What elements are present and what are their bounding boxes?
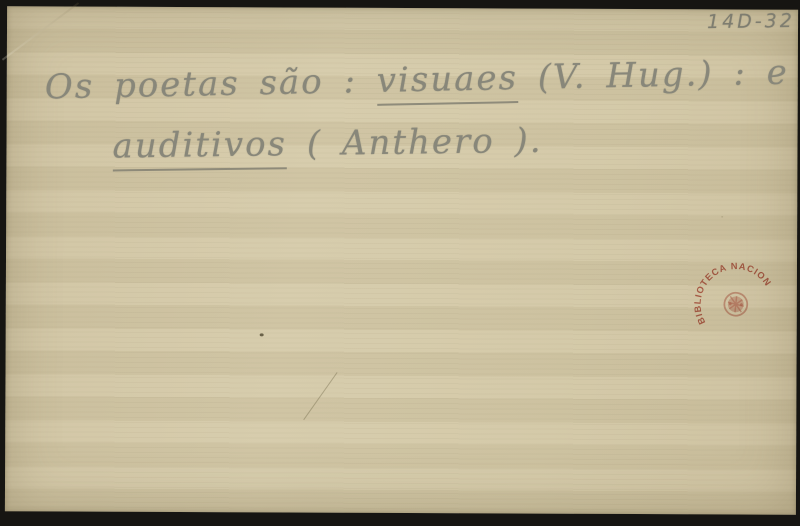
scan-background: 14D-32 Os poetas são : visuaes (V. Hug.)…	[0, 0, 800, 526]
handwritten-note: Os poetas são : visuaes (V. Hug.) : e au…	[7, 6, 798, 9]
paper-scratch	[303, 372, 337, 420]
note-line-1-segment: (V. Hug.) : e	[518, 53, 790, 98]
catalog-number: 14D-32	[707, 10, 795, 33]
library-stamp-seal-icon: BIBLIOTECA NACIONAL	[692, 251, 780, 339]
stamp-emblem-icon	[720, 288, 752, 320]
note-line-1-segment: Os poetas são :	[44, 61, 377, 108]
library-stamp: BIBLIOTECA NACIONAL	[692, 251, 780, 339]
note-line-2: auditivos ( Anthero ).	[112, 121, 543, 167]
note-line-1: Os poetas são : visuaes (V. Hug.) : e	[44, 53, 789, 108]
paper-crease	[2, 2, 79, 60]
note-line-2-underlined-word: auditivos	[112, 124, 287, 171]
manuscript-paper: 14D-32 Os poetas são : visuaes (V. Hug.)…	[5, 6, 798, 514]
note-line-1-underlined-word: visuaes	[376, 58, 518, 106]
paper-specks	[260, 333, 264, 336]
note-line-2-segment: ( Anthero ).	[287, 121, 543, 164]
